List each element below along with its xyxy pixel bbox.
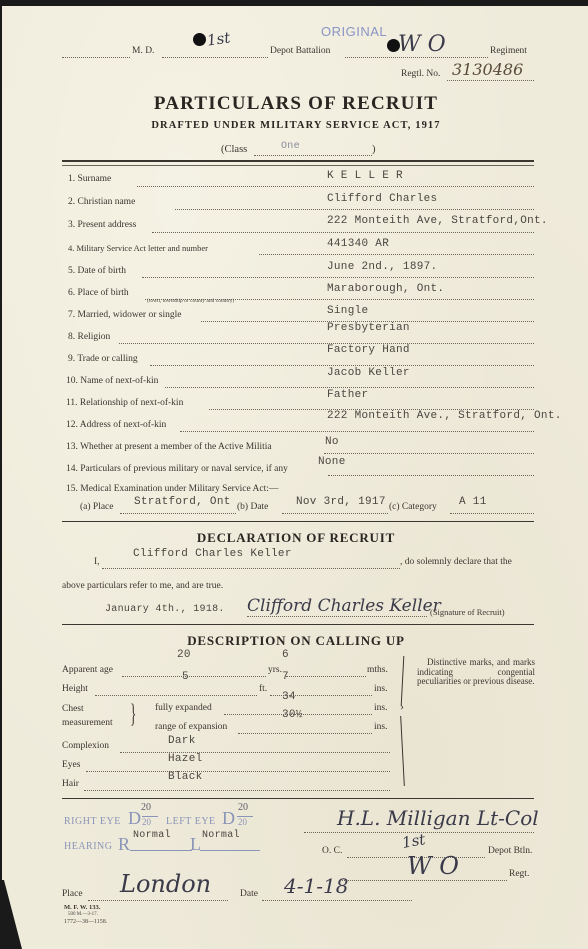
- medical-date-label: (b) Date: [237, 502, 268, 512]
- left-eye-label: LEFT EYE: [166, 816, 216, 827]
- regt-label: Regt.: [509, 869, 529, 879]
- complexion-value[interactable]: Dark: [168, 735, 196, 747]
- particular-label: 10. Name of next-of-kin: [66, 376, 158, 386]
- range-of-expansion-value[interactable]: 30½: [282, 709, 303, 721]
- hair-label: Hair: [62, 779, 79, 789]
- medical-date-value[interactable]: Nov 3rd, 1917: [296, 496, 386, 508]
- particular-label: 9. Trade or calling: [68, 354, 138, 364]
- top-divider: [62, 160, 534, 166]
- active-militia-value[interactable]: No: [325, 436, 339, 448]
- footer-date-value: 4-1-18: [284, 874, 348, 898]
- distinctive-marks-brace-point: ›: [400, 699, 404, 714]
- regt-value: W O: [407, 852, 459, 880]
- class-close: ): [372, 144, 376, 155]
- footer-date-label: Date: [240, 889, 258, 899]
- oc-label: O. C.: [322, 846, 342, 856]
- class-value: One: [281, 141, 300, 152]
- declaration-line2-text: above particulars refer to me, and are t…: [62, 581, 223, 591]
- page-title: PARTICULARS OF RECRUIT: [2, 93, 588, 115]
- signature-of-recruit-label: (Signature of Recruit): [430, 607, 505, 617]
- description-bottom-divider: [62, 798, 534, 799]
- depot-battalion-value: 1st: [206, 28, 232, 49]
- right-eye-denominator: 20: [142, 817, 151, 827]
- footer-place-label: Place: [62, 889, 83, 899]
- range-ins-label: ins.: [374, 722, 387, 732]
- particular-label: 3. Present address: [68, 220, 136, 230]
- declaration-date-value[interactable]: January 4th., 1918.: [105, 604, 225, 615]
- next-of-kin-name-value[interactable]: Jacob Keller: [327, 367, 410, 379]
- range-of-expansion-label: range of expansion: [155, 722, 227, 732]
- age-months-value[interactable]: 6: [282, 649, 289, 661]
- hearing-r-underline: [130, 850, 192, 851]
- height-ft-value[interactable]: 5: [182, 671, 189, 683]
- eyes-value[interactable]: Hazel: [168, 753, 203, 765]
- declaration-solemnly-text: , do solemnly declare that the: [400, 557, 512, 567]
- hearing-r-label: R: [118, 834, 130, 855]
- measurement-label: measurement: [62, 718, 113, 728]
- previous-service-value[interactable]: None: [318, 456, 346, 468]
- md-label: M. D.: [132, 46, 154, 56]
- medical-place-label: (a) Place: [80, 502, 114, 512]
- height-label: Height: [62, 684, 88, 694]
- yrs-label: yrs.: [268, 665, 282, 675]
- right-eye-numerator: 20: [141, 802, 151, 813]
- hearing-l-value[interactable]: Normal: [202, 830, 240, 841]
- date-of-birth-value[interactable]: June 2nd., 1897.: [327, 261, 437, 273]
- particular-label: 4. Military Service Act letter and numbe…: [68, 243, 208, 253]
- hearing-r-value[interactable]: Normal: [133, 830, 171, 841]
- msa-number-value[interactable]: 441340 AR: [327, 238, 389, 250]
- hearing-l-label: L: [190, 834, 201, 855]
- particular-label: 7. Married, widower or single: [68, 310, 181, 320]
- depot-btln-label: Depot Btln.: [488, 846, 532, 856]
- particular-label: 14. Particulars of previous military or …: [66, 464, 288, 474]
- eyes-label: Eyes: [62, 760, 80, 770]
- christian-name-value[interactable]: Clifford Charles: [327, 193, 437, 205]
- regtl-no-label: Regtl. No.: [401, 69, 440, 79]
- depot-battalion-label: Depot Battalion: [270, 46, 330, 56]
- punch-hole-left: [193, 33, 206, 46]
- page-subtitle: DRAFTED UNDER MILITARY SERVICE ACT, 1917: [2, 120, 588, 131]
- mths-label: mths.: [367, 665, 388, 675]
- left-eye-d: D: [222, 808, 235, 829]
- form-number-2: 500 M.—3-17.: [68, 912, 98, 917]
- religion-value[interactable]: Presbyterian: [327, 322, 410, 334]
- hearing-l-underline: [200, 850, 260, 851]
- left-eye-denominator: 20: [238, 817, 247, 827]
- present-address-value[interactable]: 222 Monteith Ave, Stratford,Ont.: [327, 215, 548, 227]
- class-open: (Class: [221, 144, 247, 155]
- fully-expanded-ins-label: ins.: [374, 703, 387, 713]
- regiment-value: W O: [398, 32, 446, 57]
- right-eye-d: D: [128, 808, 141, 829]
- marital-status-value[interactable]: Single: [327, 305, 368, 317]
- particular-label: 2. Christian name: [68, 197, 135, 207]
- right-eye-label: RIGHT EYE: [64, 816, 121, 827]
- recruit-form-page: ORIGINAL M. D. 1st Depot Battalion W O R…: [2, 6, 588, 949]
- next-of-kin-address-value[interactable]: 222 Monteith Ave., Stratford, Ont.: [327, 410, 562, 422]
- particular-label: 6. Place of birth: [68, 288, 129, 298]
- particular-label: 11. Relationship of next-of-kin: [66, 398, 183, 408]
- form-number-1: M. F. W. 133.: [64, 904, 100, 911]
- apparent-age-label: Apparent age: [62, 665, 113, 675]
- medical-category-label: (c) Category: [389, 502, 437, 512]
- particular-label: 1. Surname: [68, 174, 111, 184]
- hearing-label: HEARING: [64, 841, 113, 852]
- fully-expanded-label: fully expanded: [155, 703, 212, 713]
- declaration-title: DECLARATION OF RECRUIT: [2, 530, 588, 546]
- form-number-3: 1772—38—1158.: [64, 919, 107, 925]
- hair-value[interactable]: Black: [168, 771, 203, 783]
- medical-place-value[interactable]: Stratford, Ont: [134, 496, 231, 508]
- ft-label: ft.: [259, 684, 267, 694]
- officer-signature: H.L. Milligan Lt-Col: [337, 806, 539, 830]
- next-of-kin-relationship-value[interactable]: Father: [327, 389, 368, 401]
- distinctive-marks-text: Distinctive marks, and marks indicating …: [417, 658, 535, 687]
- height-in-value[interactable]: 7: [282, 671, 289, 683]
- regiment-label: Regiment: [490, 46, 527, 56]
- particular-label: 5. Date of birth: [68, 266, 126, 276]
- original-stamp: ORIGINAL: [321, 24, 387, 39]
- footer-place-value: London: [120, 870, 211, 898]
- particulars-bottom-divider: [62, 521, 534, 522]
- particular-label: 13. Whether at present a member of the A…: [66, 442, 272, 452]
- place-of-birth-value[interactable]: Maraborough, Ont.: [327, 283, 444, 295]
- particular-label: 12. Address of next-of-kin: [66, 420, 166, 430]
- fully-expanded-value[interactable]: 34: [282, 691, 296, 703]
- ins-label: ins.: [374, 684, 387, 694]
- oc-value: 1st: [401, 830, 427, 852]
- complexion-label: Complexion: [62, 741, 109, 751]
- recruit-signature: Clifford Charles Keller: [247, 596, 441, 616]
- regtl-no-value: 3130486: [452, 60, 523, 79]
- chest-label: Chest: [62, 704, 84, 714]
- place-of-birth-note: (town, township or county and country): [147, 298, 234, 304]
- distinctive-marks-brace-bottom: [400, 716, 405, 786]
- declaration-name-value[interactable]: Clifford Charles Keller: [133, 548, 292, 560]
- age-years-value[interactable]: 20: [177, 649, 191, 661]
- medical-category-value[interactable]: A 11: [459, 496, 487, 508]
- surname-value[interactable]: K E L L E R: [327, 170, 403, 182]
- description-title: DESCRIPTION ON CALLING UP: [2, 633, 588, 649]
- left-eye-numerator: 20: [238, 802, 248, 813]
- chest-brace: }: [130, 701, 136, 727]
- declaration-i-label: I,: [94, 557, 100, 567]
- trade-value[interactable]: Factory Hand: [327, 344, 410, 356]
- particular-label: 15. Medical Examination under Military S…: [66, 484, 278, 494]
- declaration-bottom-divider: [62, 624, 534, 625]
- particular-label: 8. Religion: [68, 332, 110, 342]
